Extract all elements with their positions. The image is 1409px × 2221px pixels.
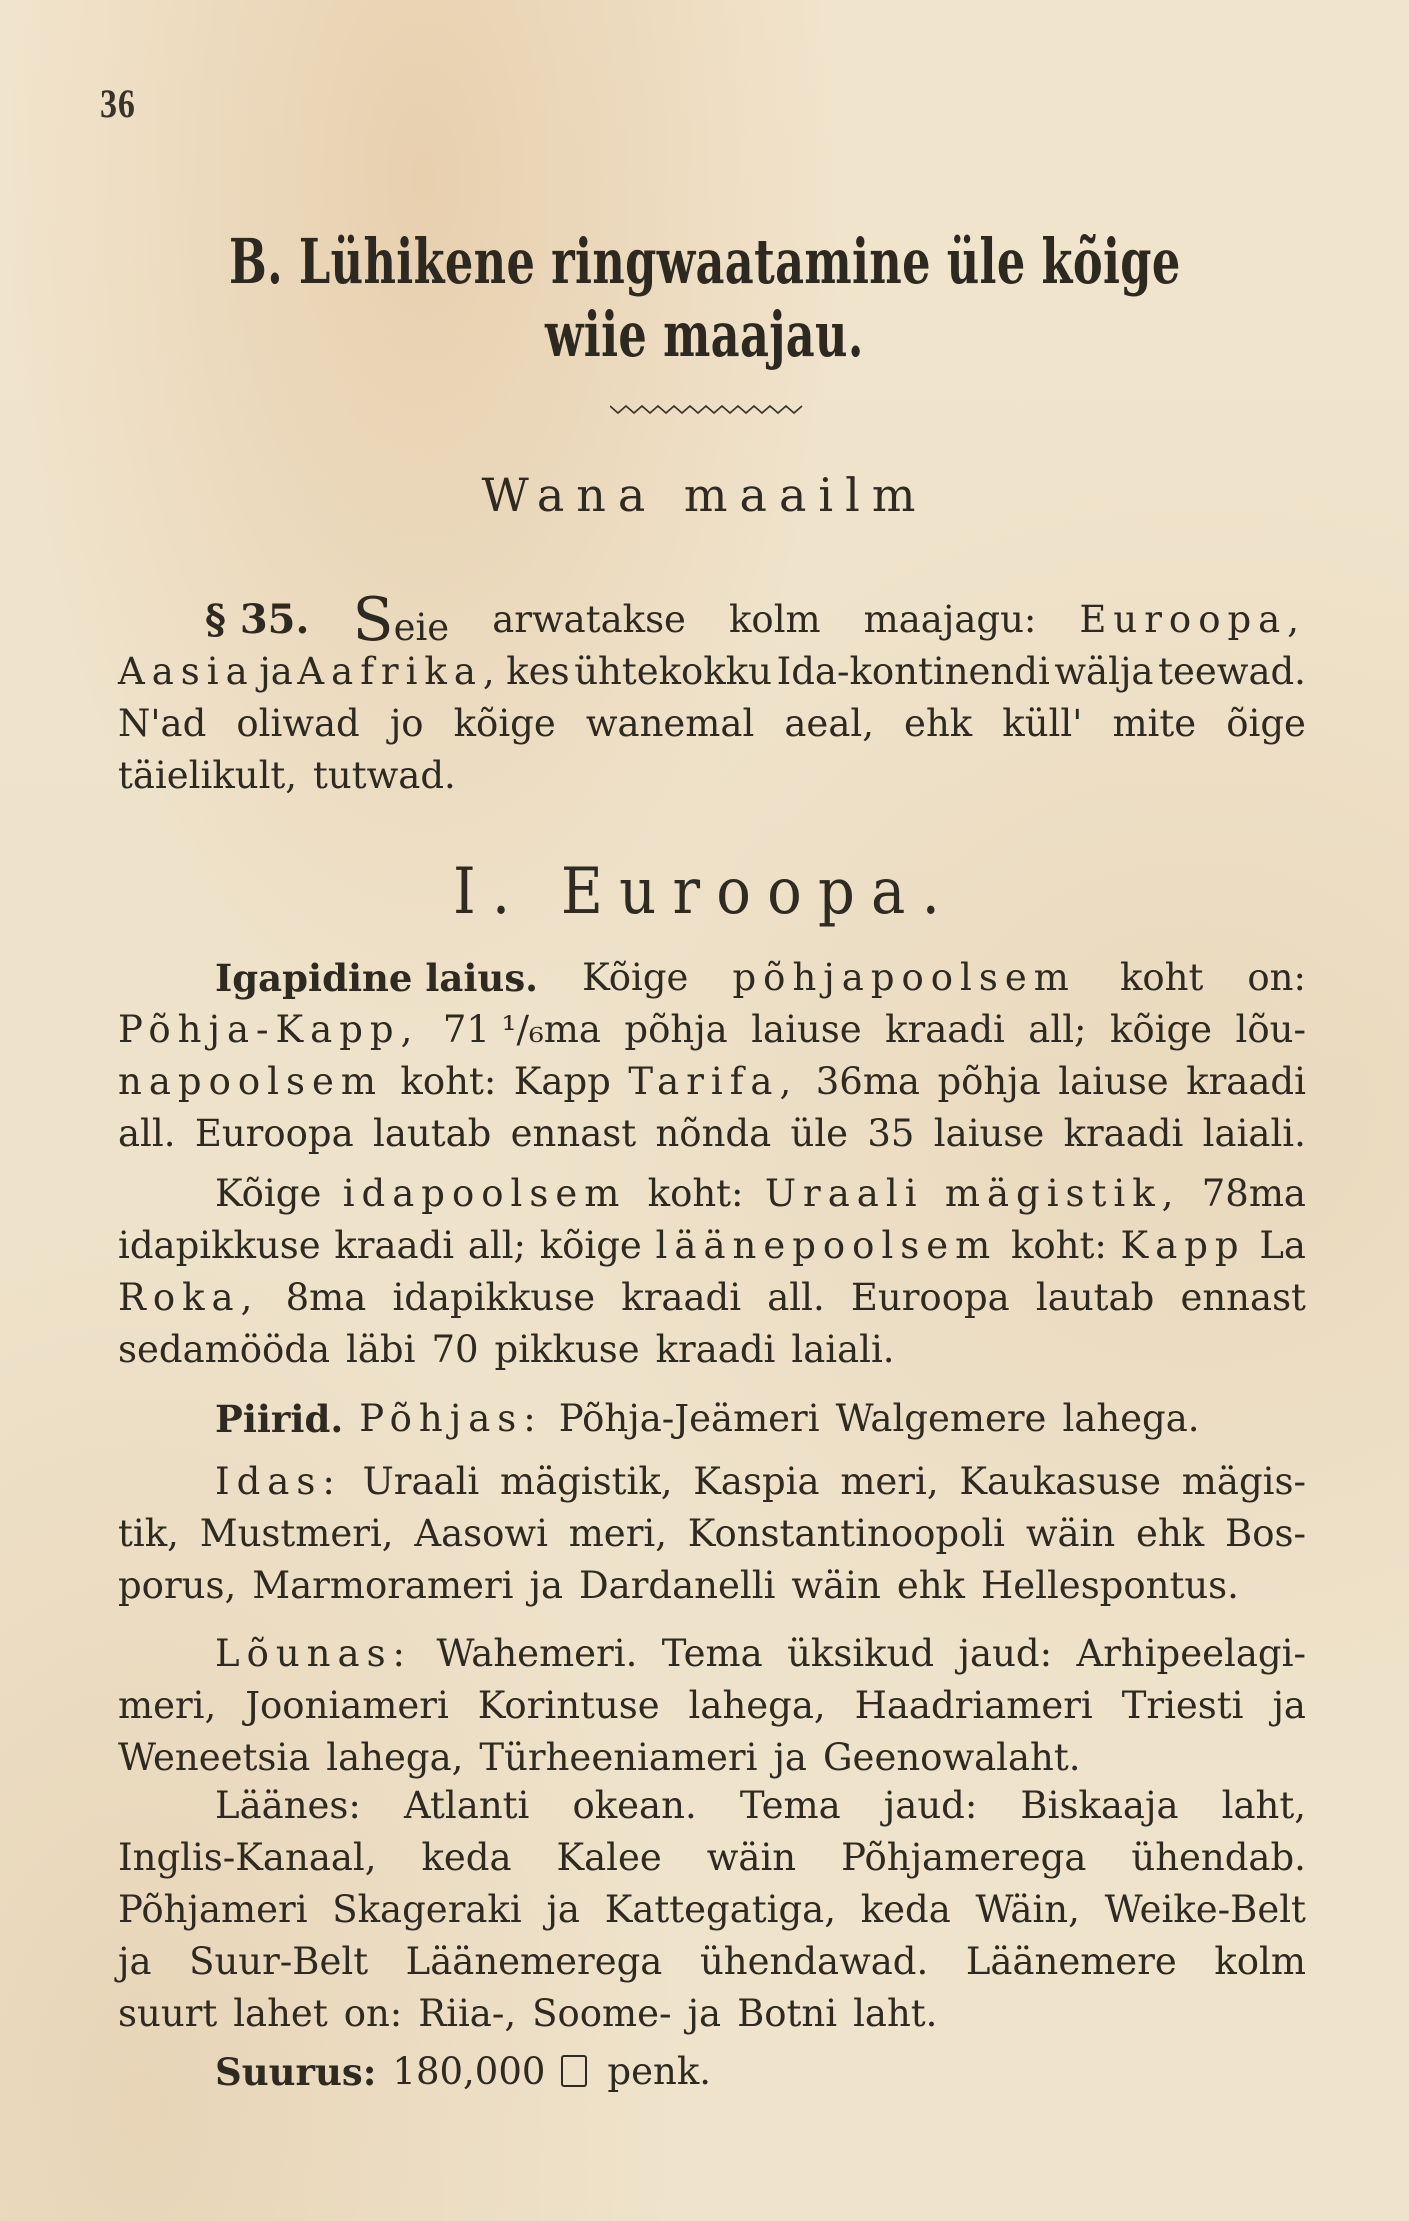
page-number: 36 — [100, 80, 136, 127]
latitude-line-4: all. Euroopa lautab ennast nõnda üle 35 … — [118, 1108, 1306, 1160]
section-heading: I. Euroopa. — [0, 855, 1409, 929]
paragraph-35-line-3: N'ad oliwad jo kõige wanemal aeal, ehk k… — [118, 698, 1306, 750]
size-value: 180,000 — [392, 2046, 545, 2098]
borders-east-line-3: porus, Marmorameri ja Dardanelli wäin eh… — [118, 1560, 1306, 1612]
longitude-line-4: sedamööda läbi 70 pikkuse kraadi laiali. — [118, 1324, 1306, 1376]
borders-label: Piirid. — [215, 1393, 343, 1445]
borders-west-line-5: suurt lahet on: Riia-, Soome- ja Botni l… — [118, 1988, 1306, 2040]
size-line: Suurus: 180,000 penk. — [215, 2046, 1306, 2098]
square-unit-icon — [561, 2055, 587, 2087]
book-page: 36 B. Lühikene ringwaatamine üle kõige w… — [0, 0, 1409, 2221]
latitude-label: Igapidine laius. — [215, 952, 538, 1004]
latitude-line-2: Põhja-Kapp, 71 ¹/₆ma põhja laiuse kraadi… — [118, 1004, 1306, 1056]
paragraph-35-line-4: täielikult, tutwad. — [118, 750, 1306, 802]
chapter-heading-line-2: wiie maajau. — [0, 298, 1409, 371]
borders-south-line-2: meri, Jooniameri Korintuse lahega, Haadr… — [118, 1680, 1306, 1732]
paragraph-35-line-2: Aasia ja Aafrika, kes ühtekokku Ida-kont… — [118, 646, 1306, 698]
longitude-line-2: idapikkuse kraadi all; kõige läänepoolse… — [118, 1220, 1306, 1272]
borders-north-line: Piirid. Põhjas: Põhja-Jeämeri Walgemere … — [215, 1393, 1306, 1445]
borders-west-line-4: ja Suur-Belt Läänemerega ühendawad. Lään… — [118, 1936, 1306, 1988]
borders-west-line-2: Inglis-Kanaal, keda Kalee wäin Põhjamere… — [118, 1832, 1306, 1884]
paragraph-mark: § 35. — [205, 594, 309, 646]
size-unit: penk. — [607, 2050, 711, 2093]
latitude-line-3: napoolsem koht: Kapp Tarifa, 36ma põhja … — [118, 1056, 1306, 1108]
paragraph-35-line-1: § 35. Seie arwatakse kolm maajagu: Euroo… — [205, 594, 1306, 646]
longitude-line-3: Roka, 8ma idapikkuse kraadi all. Euroopa… — [118, 1272, 1306, 1324]
chapter-heading-line-1: B. Lühikene ringwaatamine üle kõige — [0, 225, 1409, 298]
borders-west-line-3: Põhjameri Skageraki ja Kattegatiga, keda… — [118, 1884, 1306, 1936]
size-label: Suurus: — [215, 2046, 376, 2098]
borders-east-line-1: Idas: Uraali mägistik, Kaspia meri, Kauk… — [215, 1456, 1306, 1508]
latitude-line-1: Igapidine laius. Kõige põhjapoolsem koht… — [215, 952, 1306, 1004]
borders-south-line-3: Weneetsia lahega, Türheeniameri ja Geeno… — [118, 1732, 1306, 1784]
borders-south-line-1: Lõunas: Wahemeri. Tema üksikud jaud: Arh… — [215, 1628, 1306, 1680]
longitude-line-1: Kõige idapoolsem koht: Uraali mägistik, … — [215, 1168, 1306, 1220]
drop-initial: S — [352, 585, 393, 655]
borders-east-line-2: tik, Mustmeri, Aasowi meri, Konstantinoo… — [118, 1508, 1306, 1560]
wavy-rule-ornament — [610, 402, 805, 416]
borders-west-line-1: Läänes: Atlanti okean. Tema jaud: Biskaa… — [215, 1780, 1306, 1832]
subheading: Wana maailm — [0, 468, 1409, 522]
